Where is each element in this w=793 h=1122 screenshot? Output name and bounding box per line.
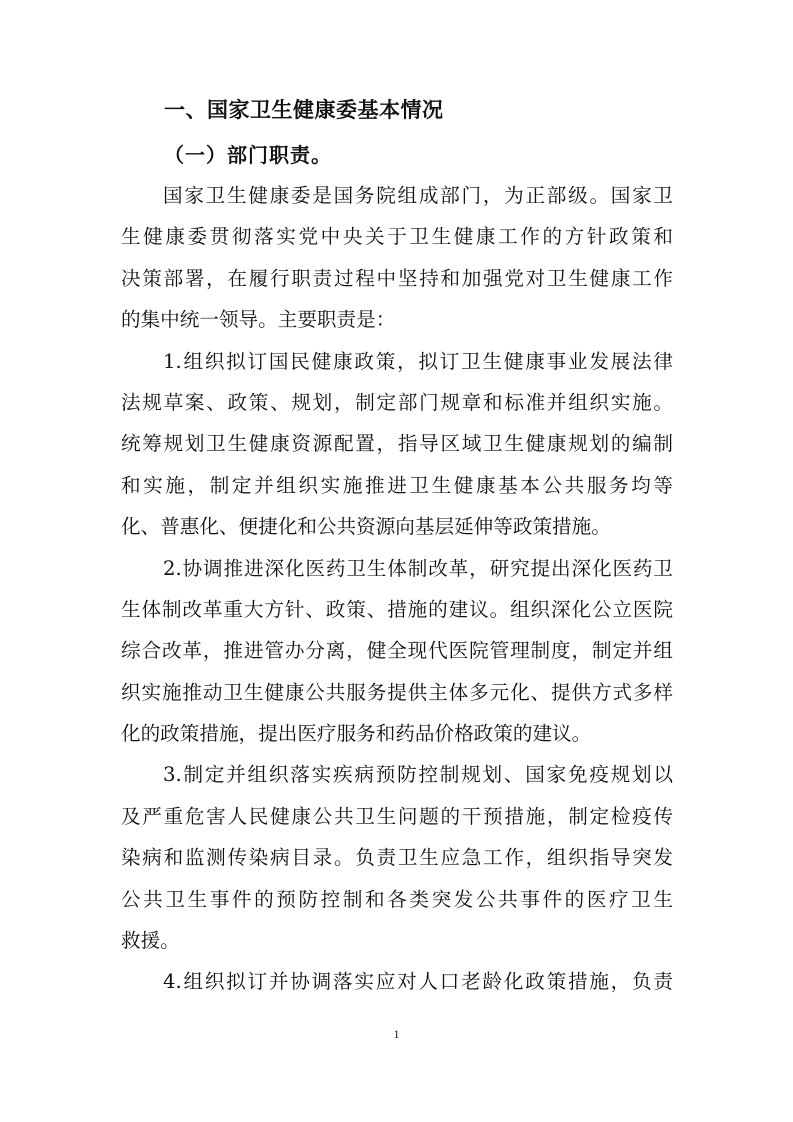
text-line: 4.组织拟订并协调落实应对人口老龄化政策措施，负责	[121, 961, 673, 1002]
text-line: 的集中统一领导。主要职责是：	[121, 299, 673, 340]
text-line: 国家卫生健康委是国务院组成部门，为正部级。国家卫	[121, 175, 673, 216]
paragraph-item-3: 3.制定并组织落实疾病预防控制规划、国家免疫规划以 及严重危害人民健康公共卫生问…	[121, 754, 673, 961]
text-line: 救援。	[121, 920, 673, 961]
document-page: 一、国家卫生健康委基本情况 （一）部门职责。 国家卫生健康委是国务院组成部门，为…	[0, 0, 793, 1122]
text-line: 决策部署，在履行职责过程中坚持和加强党对卫生健康工作	[121, 258, 673, 299]
paragraph-intro: 国家卫生健康委是国务院组成部门，为正部级。国家卫 生健康委贯彻落实党中央关于卫生…	[121, 175, 673, 341]
document-body: 国家卫生健康委是国务院组成部门，为正部级。国家卫 生健康委贯彻落实党中央关于卫生…	[121, 175, 673, 1003]
text-line: 染病和监测传染病目录。负责卫生应急工作，组织指导突发	[121, 837, 673, 878]
text-line: 化的政策措施，提出医疗服务和药品价格政策的建议。	[121, 713, 673, 754]
text-line: 生健康委贯彻落实党中央关于卫生健康工作的方针政策和	[121, 216, 673, 257]
subsection-heading: （一）部门职责。	[164, 139, 332, 168]
text-line: 1.组织拟订国民健康政策，拟订卫生健康事业发展法律	[121, 341, 673, 382]
text-line: 生体制改革重大方针、政策、措施的建议。组织深化公立医院	[121, 589, 673, 630]
paragraph-item-4: 4.组织拟订并协调落实应对人口老龄化政策措施，负责	[121, 961, 673, 1002]
text-line: 3.制定并组织落实疾病预防控制规划、国家免疫规划以	[121, 754, 673, 795]
text-line: 综合改革，推进管办分离，健全现代医院管理制度，制定并组	[121, 630, 673, 671]
section-heading: 一、国家卫生健康委基本情况	[164, 94, 444, 124]
text-line: 统筹规划卫生健康资源配置，指导区域卫生健康规划的编制	[121, 423, 673, 464]
paragraph-item-2: 2.协调推进深化医药卫生体制改革，研究提出深化医药卫 生体制改革重大方针、政策、…	[121, 548, 673, 755]
paragraph-item-1: 1.组织拟订国民健康政策，拟订卫生健康事业发展法律 法规草案、政策、规划，制定部…	[121, 341, 673, 548]
text-line: 织实施推动卫生健康公共服务提供主体多元化、提供方式多样	[121, 672, 673, 713]
page-number: 1	[0, 1027, 793, 1042]
text-line: 化、普惠化、便捷化和公共资源向基层延伸等政策措施。	[121, 506, 673, 547]
text-line: 2.协调推进深化医药卫生体制改革，研究提出深化医药卫	[121, 548, 673, 589]
text-line: 法规草案、政策、规划，制定部门规章和标准并组织实施。	[121, 382, 673, 423]
text-line: 公共卫生事件的预防控制和各类突发公共事件的医疗卫生	[121, 879, 673, 920]
text-line: 和实施，制定并组织实施推进卫生健康基本公共服务均等	[121, 465, 673, 506]
text-line: 及严重危害人民健康公共卫生问题的干预措施，制定检疫传	[121, 796, 673, 837]
